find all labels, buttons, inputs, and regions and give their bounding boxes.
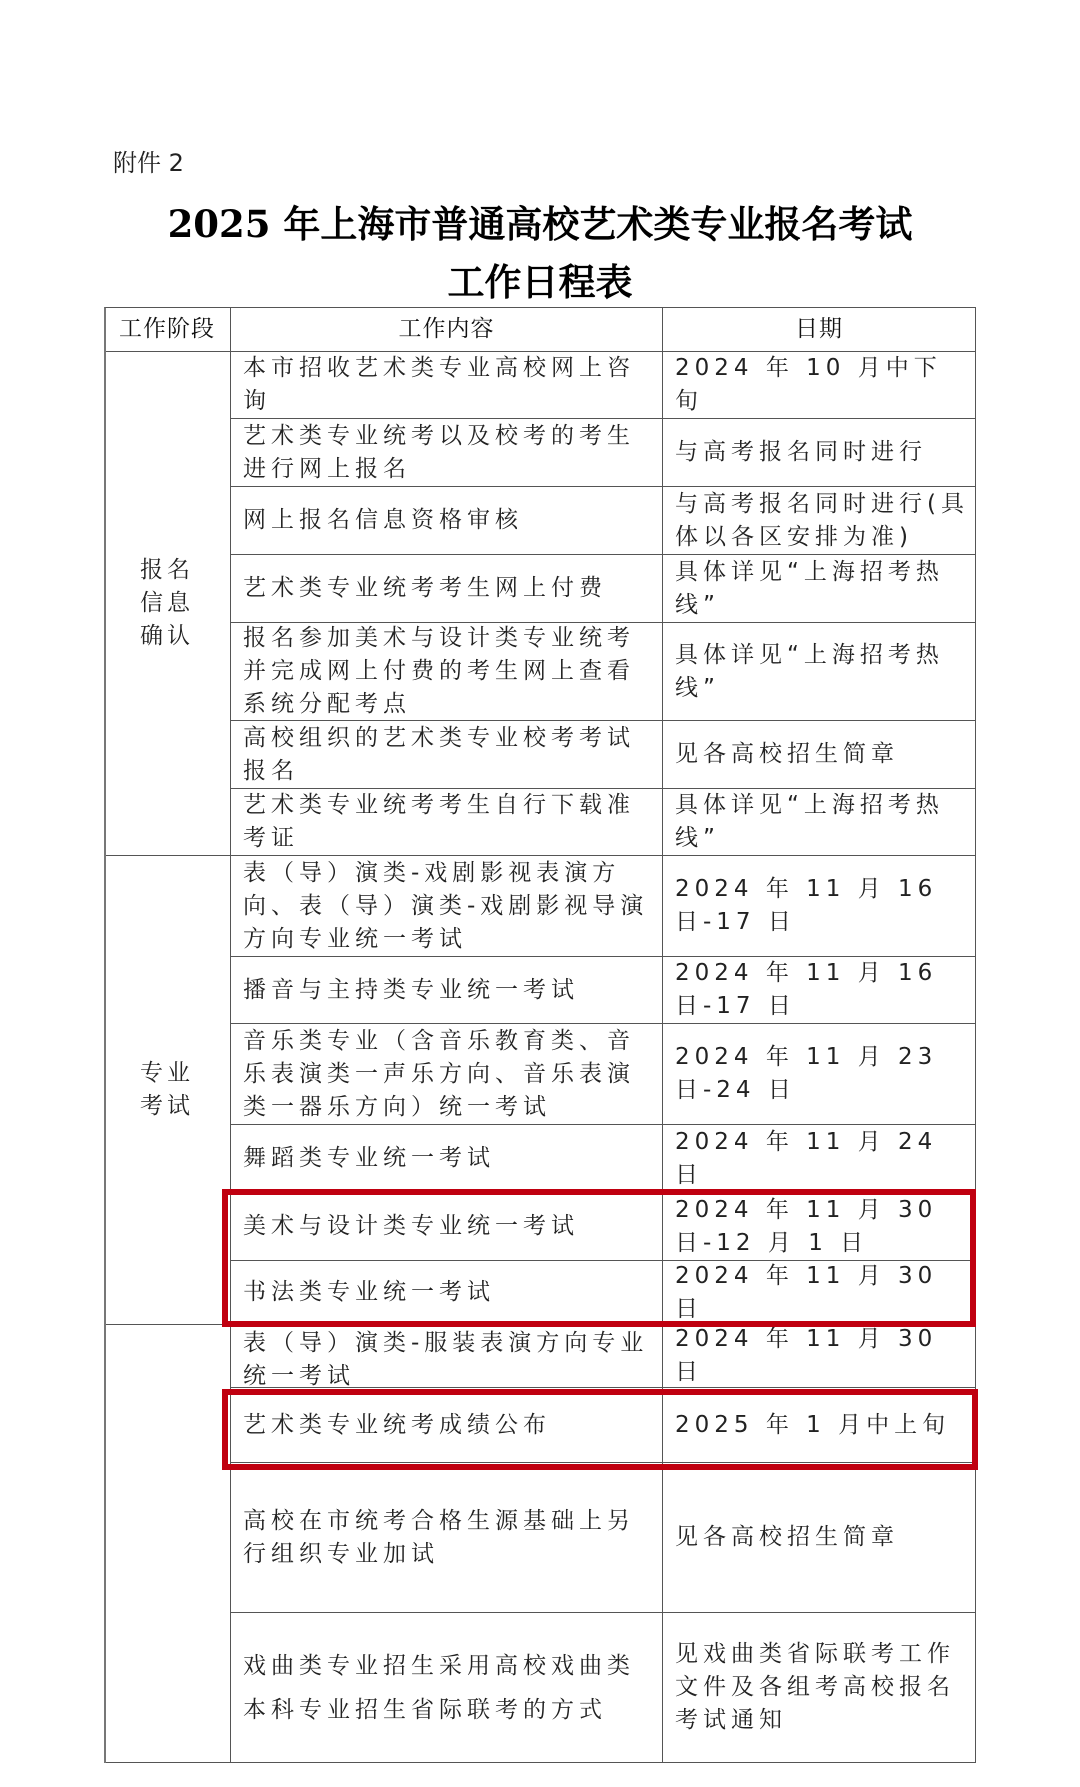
content-cell: 网上报名信息资格审核 <box>231 487 663 555</box>
date-cell: 2024 年 11 月 23 日-24 日 <box>663 1024 976 1125</box>
header-content: 工作内容 <box>231 307 663 352</box>
date-cell: 2024 年 11 月 24 日 <box>663 1125 976 1193</box>
date-cell: 2024 年 11 月 30 日 <box>663 1325 976 1388</box>
date-cell: 具体详见“上海招考热线” <box>663 789 976 856</box>
date-cell: 与高考报名同时进行 <box>663 419 976 487</box>
content-cell: 艺术类专业统考以及校考的考生进行网上报名 <box>231 419 663 487</box>
page-title-line1: 2025 年上海市普通高校艺术类专业报名考试 <box>0 194 1080 248</box>
date-cell: 见戏曲类省际联考工作文件及各组考高校报名考试通知 <box>663 1613 976 1763</box>
content-cell-highlighted: 艺术类专业统考成绩公布 <box>231 1388 663 1463</box>
content-cell: 舞蹈类专业统一考试 <box>231 1125 663 1193</box>
date-cell: 具体详见“上海招考热线” <box>663 555 976 623</box>
phase-cell-empty <box>104 1325 231 1763</box>
date-cell: 与高考报名同时进行(具体以各区安排为准) <box>663 487 976 555</box>
content-cell: 报名参加美术与设计类专业统考并完成网上付费的考生网上查看系统分配考点 <box>231 623 663 721</box>
content-cell: 高校组织的艺术类专业校考考试报名 <box>231 721 663 789</box>
schedule-table: 工作阶段 工作内容 日期 报名 信息 确认 本市招收艺术类专业高校网上咨询 20… <box>104 307 976 1763</box>
date-cell: 2024 年 11 月 16 日-17 日 <box>663 957 976 1024</box>
content-cell: 表（导）演类-戏剧影视表演方向、表（导）演类-戏剧影视导演方向专业统一考试 <box>231 856 663 957</box>
content-cell: 本市招收艺术类专业高校网上咨询 <box>231 352 663 419</box>
content-cell: 艺术类专业统考考生自行下载准考证 <box>231 789 663 856</box>
phase-line: 信息 <box>137 587 197 620</box>
phase-line: 专业 <box>137 1057 197 1090</box>
phase-cell-exams: 专业 考试 <box>104 856 231 1325</box>
date-cell: 见各高校招生简章 <box>663 721 976 789</box>
date-cell: 2024 年 11 月 16 日-17 日 <box>663 856 976 957</box>
date-cell: 具体详见“上海招考热线” <box>663 623 976 721</box>
header-phase: 工作阶段 <box>104 307 231 352</box>
content-cell: 高校在市统考合格生源基础上另行组织专业加试 <box>231 1463 663 1613</box>
content-cell: 音乐类专业（含音乐教育类、音乐表演类一声乐方向、音乐表演类一器乐方向）统一考试 <box>231 1024 663 1125</box>
header-date: 日期 <box>663 307 976 352</box>
phase-cell-registration: 报名 信息 确认 <box>104 352 231 856</box>
date-cell-highlighted: 2024 年 11 月 30 日 <box>663 1261 976 1325</box>
content-cell: 播音与主持类专业统一考试 <box>231 957 663 1024</box>
attachment-label: 附件 2 <box>113 143 184 178</box>
content-cell: 艺术类专业统考考生网上付费 <box>231 555 663 623</box>
content-cell-highlighted: 书法类专业统一考试 <box>231 1261 663 1325</box>
content-cell: 表（导）演类-服装表演方向专业统一考试 <box>231 1325 663 1388</box>
page-title-line2: 工作日程表 <box>0 252 1080 306</box>
date-cell-highlighted: 2024 年 11 月 30 日-12 月 1 日 <box>663 1193 976 1261</box>
phase-line: 报名 <box>137 554 197 587</box>
content-cell-highlighted: 美术与设计类专业统一考试 <box>231 1193 663 1261</box>
phase-line: 考试 <box>137 1090 197 1123</box>
date-cell: 2024 年 10 月中下旬 <box>663 352 976 419</box>
date-cell: 见各高校招生简章 <box>663 1463 976 1613</box>
phase-line: 确认 <box>137 620 197 653</box>
content-cell: 戏曲类专业招生采用高校戏曲类本科专业招生省际联考的方式 <box>231 1613 663 1763</box>
date-cell-highlighted: 2025 年 1 月中上旬 <box>663 1388 976 1463</box>
